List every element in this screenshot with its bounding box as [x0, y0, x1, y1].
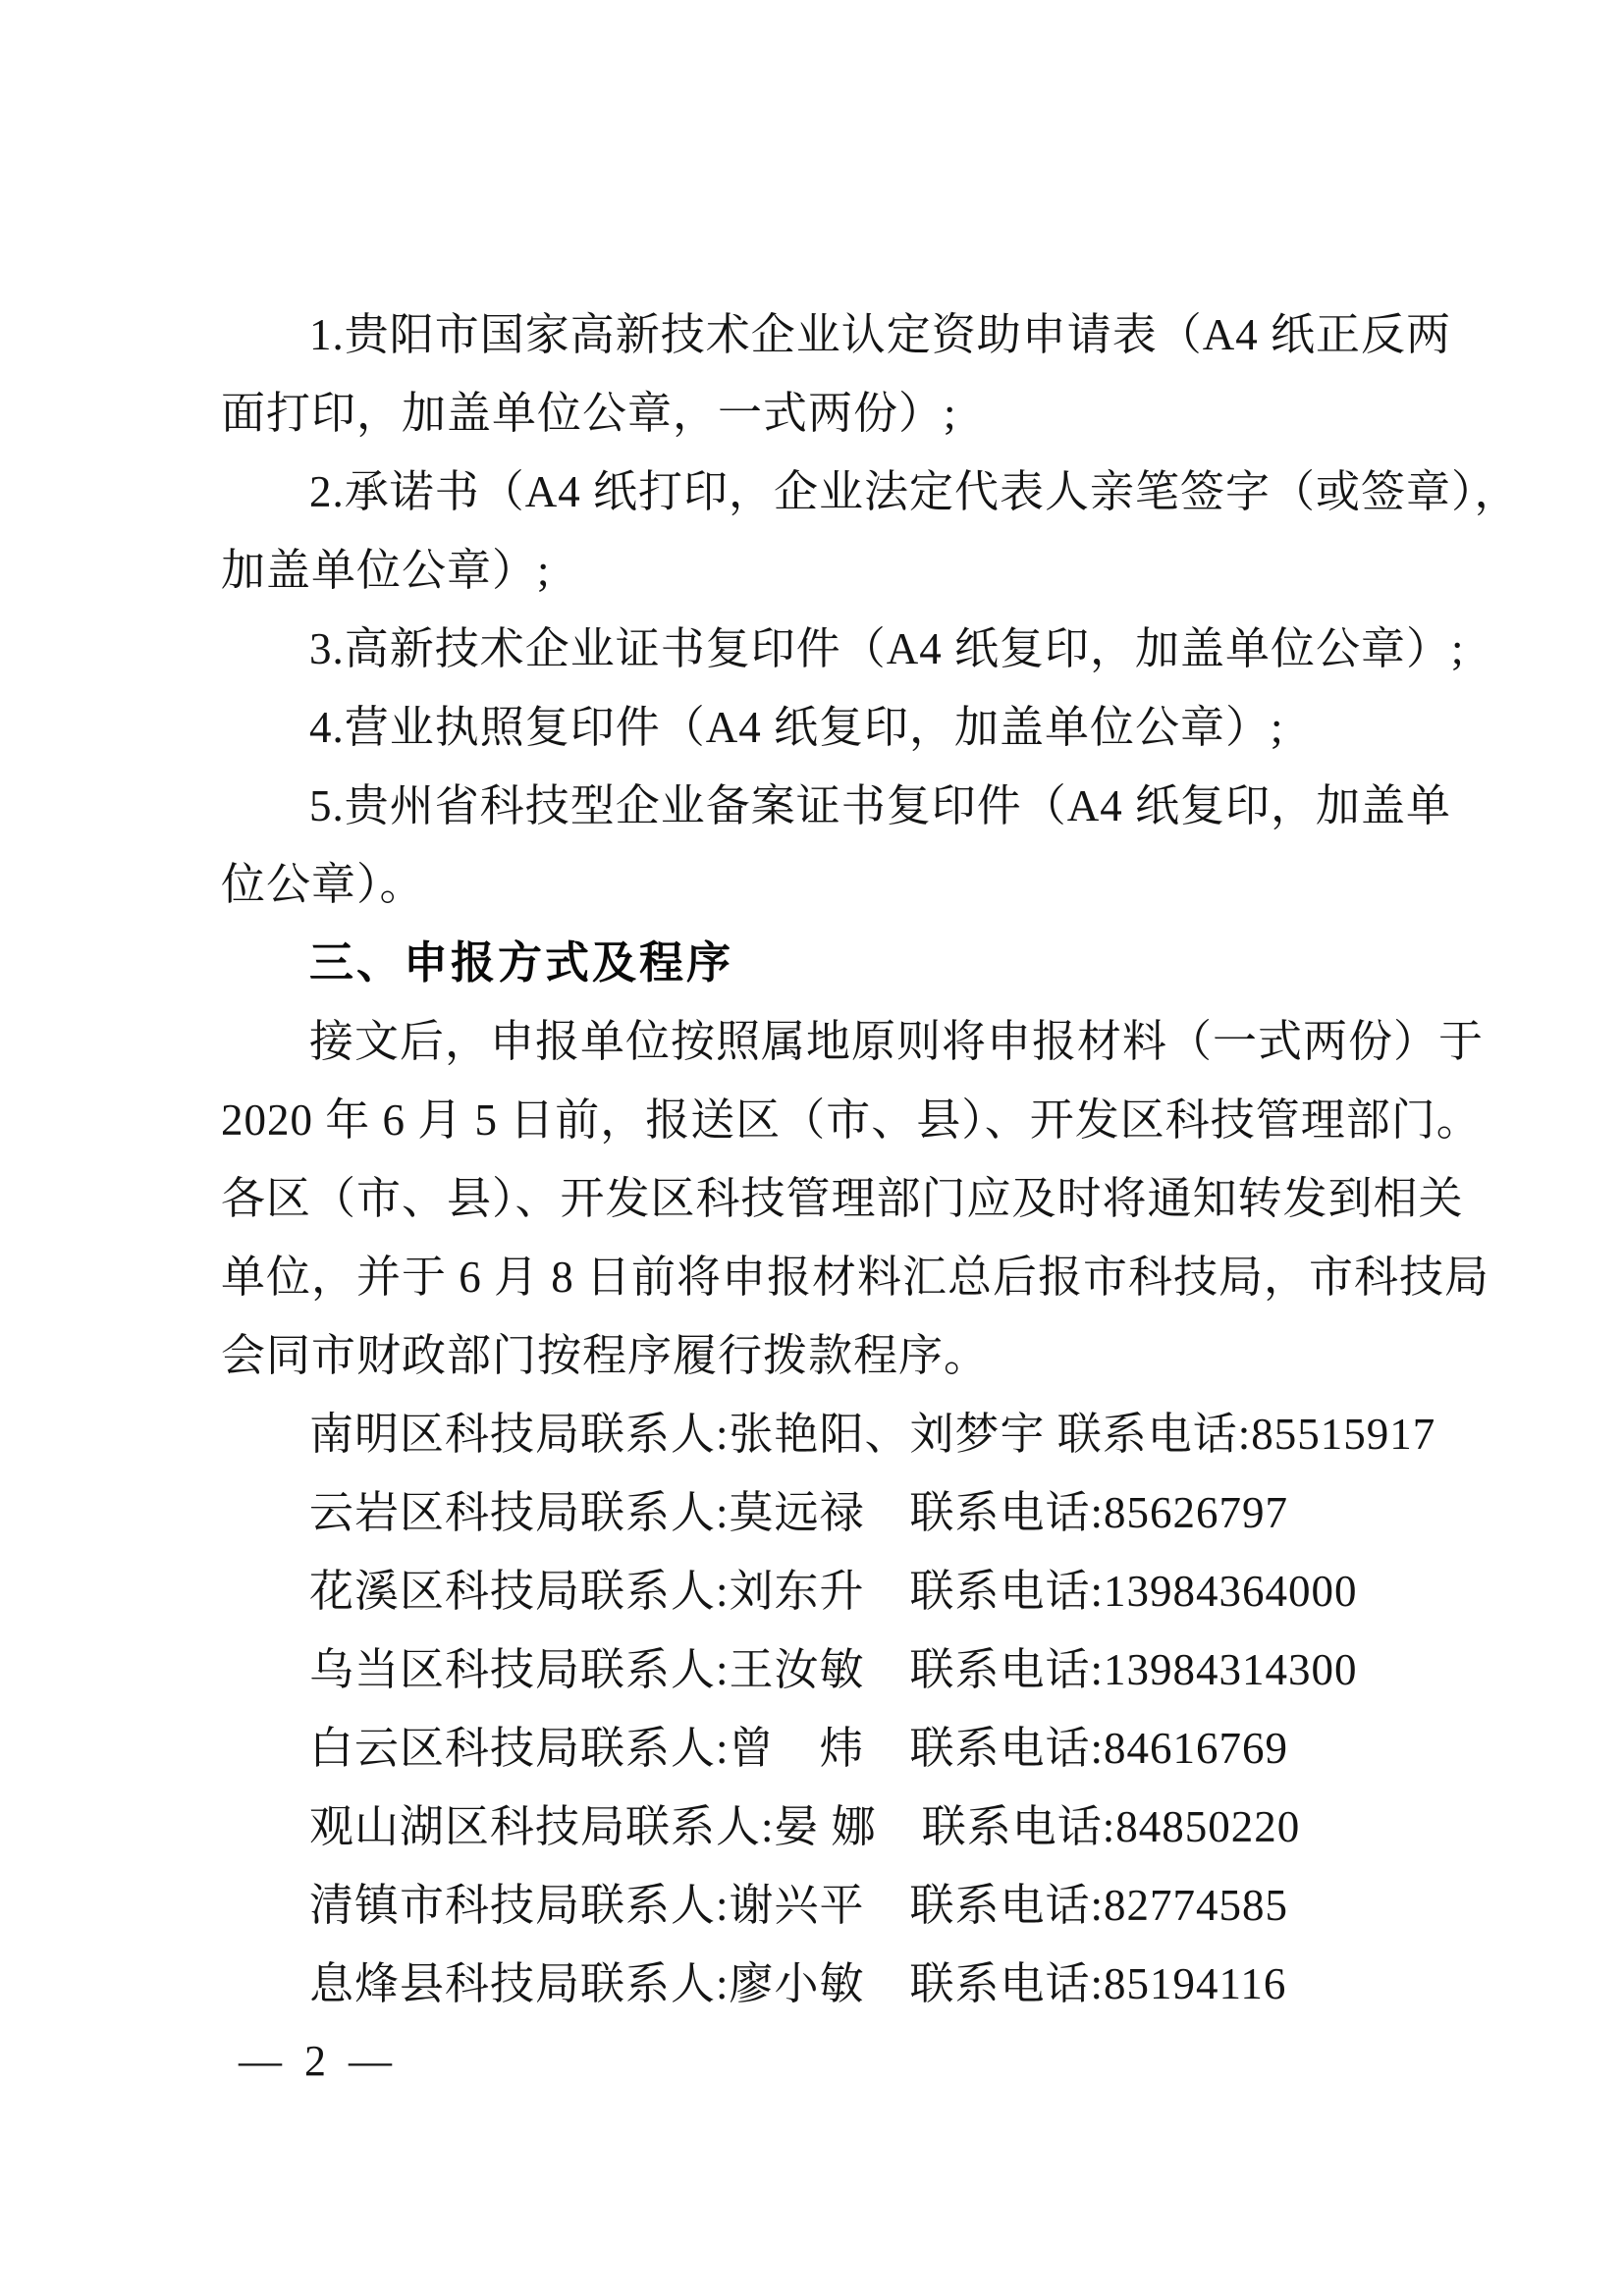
text-line: 云岩区科技局联系人:莫远禄 联系电话:85626797	[221, 1473, 1460, 1552]
text-line: 观山湖区科技局联系人:晏 娜 联系电话:84850220	[221, 1788, 1460, 1866]
text-line: 乌当区科技局联系人:王汝敏 联系电话:13984314300	[221, 1630, 1460, 1709]
text-line: 5.贵州省科技型企业备案证书复印件（A4 纸复印，加盖单	[221, 767, 1460, 845]
section-heading: 三、申报方式及程序	[221, 924, 1460, 1002]
text-line: 单位，并于 6 月 8 日前将申报材料汇总后报市科技局，市科技局	[221, 1238, 1460, 1316]
text-line: 息烽县科技局联系人:廖小敏 联系电话:85194116	[221, 1945, 1460, 2023]
text-line: 1.贵阳市国家高新技术企业认定资助申请表（A4 纸正反两	[221, 295, 1460, 374]
text-line: 4.营业执照复印件（A4 纸复印，加盖单位公章）;	[221, 688, 1460, 767]
text-line: 位公章）。	[221, 845, 1460, 924]
text-line: 白云区科技局联系人:曾 炜 联系电话:84616769	[221, 1709, 1460, 1788]
text-line: 南明区科技局联系人:张艳阳、刘梦宇 联系电话:85515917	[221, 1395, 1460, 1473]
document-body: 1.贵阳市国家高新技术企业认定资助申请表（A4 纸正反两面打印，加盖单位公章，一…	[221, 295, 1460, 2023]
text-line: 清镇市科技局联系人:谢兴平 联系电话:82774585	[221, 1866, 1460, 1945]
text-line: 2.承诺书（A4 纸打印，企业法定代表人亲笔签字（或签章），	[221, 453, 1460, 531]
text-line: 面打印，加盖单位公章，一式两份）;	[221, 374, 1460, 453]
text-line: 会同市财政部门按程序履行拨款程序。	[221, 1316, 1460, 1395]
text-line: 接文后，申报单位按照属地原则将申报材料（一式两份）于	[221, 1002, 1460, 1081]
text-line: 2020 年 6 月 5 日前，报送区（市、县）、开发区科技管理部门。	[221, 1081, 1460, 1159]
text-line: 3.高新技术企业证书复印件（A4 纸复印，加盖单位公章）;	[221, 610, 1460, 688]
text-line: 加盖单位公章）;	[221, 531, 1460, 610]
page-number: — 2 —	[239, 2024, 398, 2099]
document-page: 1.贵阳市国家高新技术企业认定资助申请表（A4 纸正反两面打印，加盖单位公章，一…	[0, 0, 1624, 2296]
text-line: 花溪区科技局联系人:刘东升 联系电话:13984364000	[221, 1552, 1460, 1630]
text-line: 各区（市、县）、开发区科技管理部门应及时将通知转发到相关	[221, 1159, 1460, 1238]
